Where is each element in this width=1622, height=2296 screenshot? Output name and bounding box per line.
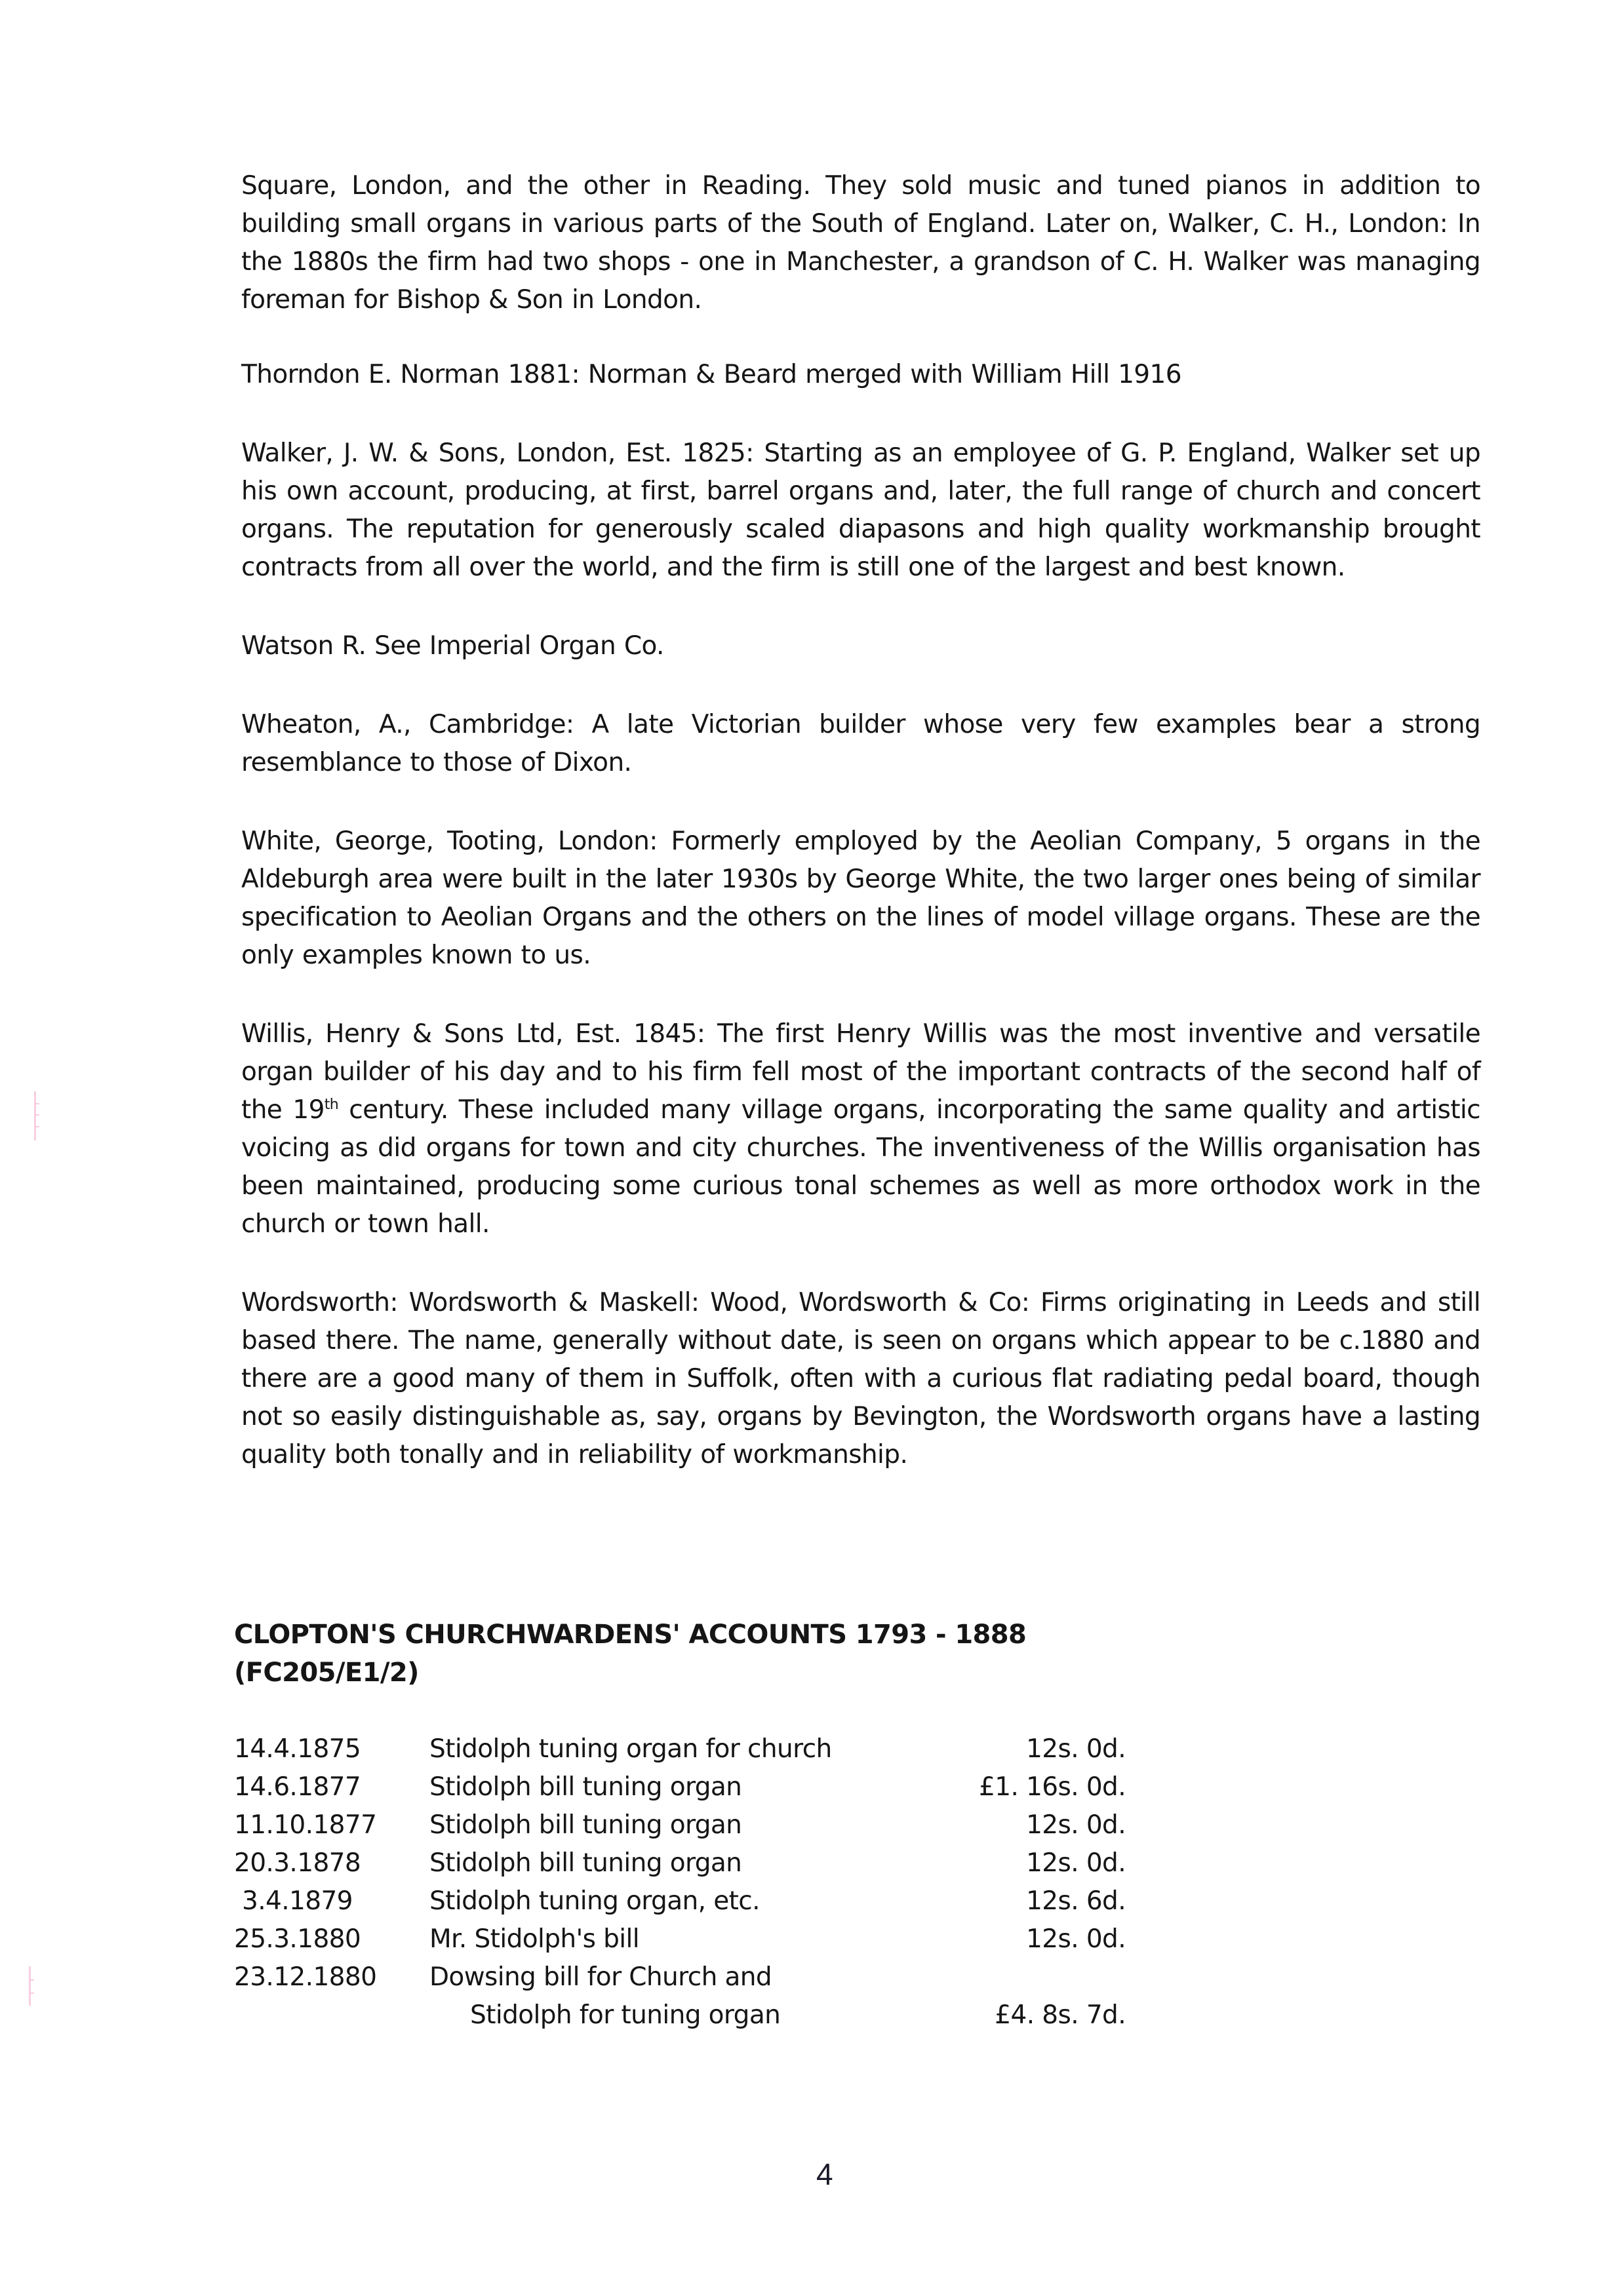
entry-description: Mr. Stidolph's bill bbox=[429, 1920, 639, 1958]
table-row: 14.4.1875 Stidolph tuning organ for chur… bbox=[234, 1730, 1126, 1768]
scan-artifact-mark bbox=[30, 1993, 34, 1994]
table-row: Stidolph for tuning organ £4. 8s. 7d. bbox=[234, 1996, 1126, 2036]
accounts-heading-title: CLOPTON'S CHURCHWARDENS' ACCOUNTS 1793 -… bbox=[234, 1620, 1026, 1650]
entry-description: Dowsing bill for Church and bbox=[429, 1958, 772, 1996]
paragraph-watson: Watson R. See Imperial Organ Co. bbox=[241, 627, 1480, 665]
document-page: Square, London, and the other in Reading… bbox=[0, 0, 1622, 2296]
entry-description: Stidolph tuning organ, etc. bbox=[429, 1882, 760, 1920]
entry-date: 3.4.1879 bbox=[242, 1882, 412, 1920]
table-row: 20.3.1878 Stidolph bill tuning organ 12s… bbox=[234, 1844, 1126, 1882]
ordinal-suffix: th bbox=[325, 1097, 338, 1113]
paragraph-walker-ch-continued: Square, London, and the other in Reading… bbox=[241, 167, 1480, 319]
table-row: 25.3.1880 Mr. Stidolph's bill 12s. 0d. bbox=[234, 1920, 1126, 1958]
paragraph-thorndon-norman: Thorndon E. Norman 1881: Norman & Beard … bbox=[241, 356, 1480, 394]
table-row: 14.6.1877 Stidolph bill tuning organ £1.… bbox=[234, 1768, 1126, 1806]
paragraph-white-george: White, George, Tooting, London: Formerly… bbox=[241, 823, 1480, 975]
scan-artifact-mark bbox=[34, 1091, 36, 1140]
entry-amount: £4. 8s. 7d. bbox=[995, 1996, 1126, 2034]
entry-date: 14.6.1877 bbox=[234, 1768, 405, 1806]
table-row: 3.4.1879 Stidolph tuning organ, etc. 12s… bbox=[234, 1882, 1126, 1920]
entry-amount: £1. 16s. 0d. bbox=[979, 1768, 1126, 1806]
paragraph-willis: Willis, Henry & Sons Ltd, Est. 1845: The… bbox=[241, 1015, 1480, 1243]
entry-date: 23.12.1880 bbox=[234, 1958, 405, 1996]
scan-artifact-mark bbox=[29, 1966, 31, 2006]
entry-amount: 12s. 0d. bbox=[1026, 1920, 1126, 1958]
entry-amount: 12s. 0d. bbox=[1026, 1730, 1126, 1768]
paragraph-wordsworth: Wordsworth: Wordsworth & Maskell: Wood, … bbox=[241, 1284, 1480, 1474]
paragraph-walker-jw: Walker, J. W. & Sons, London, Est. 1825:… bbox=[241, 435, 1480, 587]
entry-description: Stidolph tuning organ for church bbox=[429, 1730, 832, 1768]
paragraph-wheaton: Wheaton, A., Cambridge: A late Victorian… bbox=[241, 706, 1480, 782]
table-row: 23.12.1880 Dowsing bill for Church and bbox=[234, 1958, 1126, 1996]
entry-amount: 12s. 6d. bbox=[1026, 1882, 1126, 1920]
table-row: 11.10.1877 Stidolph bill tuning organ 12… bbox=[234, 1806, 1126, 1844]
page-number: 4 bbox=[816, 2156, 833, 2192]
entry-description: Stidolph bill tuning organ bbox=[429, 1806, 742, 1844]
entry-amount: 12s. 0d. bbox=[1026, 1844, 1126, 1882]
entry-description: Stidolph for tuning organ bbox=[470, 1996, 780, 2034]
entry-description: Stidolph bill tuning organ bbox=[429, 1768, 742, 1806]
body-text: Square, London, and the other in Reading… bbox=[241, 167, 1480, 1474]
willis-text-part-2: century. These included many village org… bbox=[241, 1095, 1480, 1239]
scan-artifact-mark bbox=[30, 1979, 34, 1981]
scan-artifact-mark bbox=[35, 1126, 39, 1127]
entry-amount: 12s. 0d. bbox=[1026, 1806, 1126, 1844]
entry-description: Stidolph bill tuning organ bbox=[429, 1844, 742, 1882]
entry-date: 14.4.1875 bbox=[234, 1730, 405, 1768]
entry-date: 20.3.1878 bbox=[234, 1844, 405, 1882]
scan-artifact-mark bbox=[35, 1103, 39, 1104]
entry-date: 11.10.1877 bbox=[234, 1806, 405, 1844]
scan-artifact-mark bbox=[35, 1114, 39, 1116]
accounts-heading-reference: (FC205/E1/2) bbox=[234, 1658, 419, 1688]
accounts-heading: CLOPTON'S CHURCHWARDENS' ACCOUNTS 1793 -… bbox=[234, 1616, 1026, 1692]
accounts-table: 14.4.1875 Stidolph tuning organ for chur… bbox=[234, 1730, 1126, 2036]
entry-date: 25.3.1880 bbox=[234, 1920, 405, 1958]
